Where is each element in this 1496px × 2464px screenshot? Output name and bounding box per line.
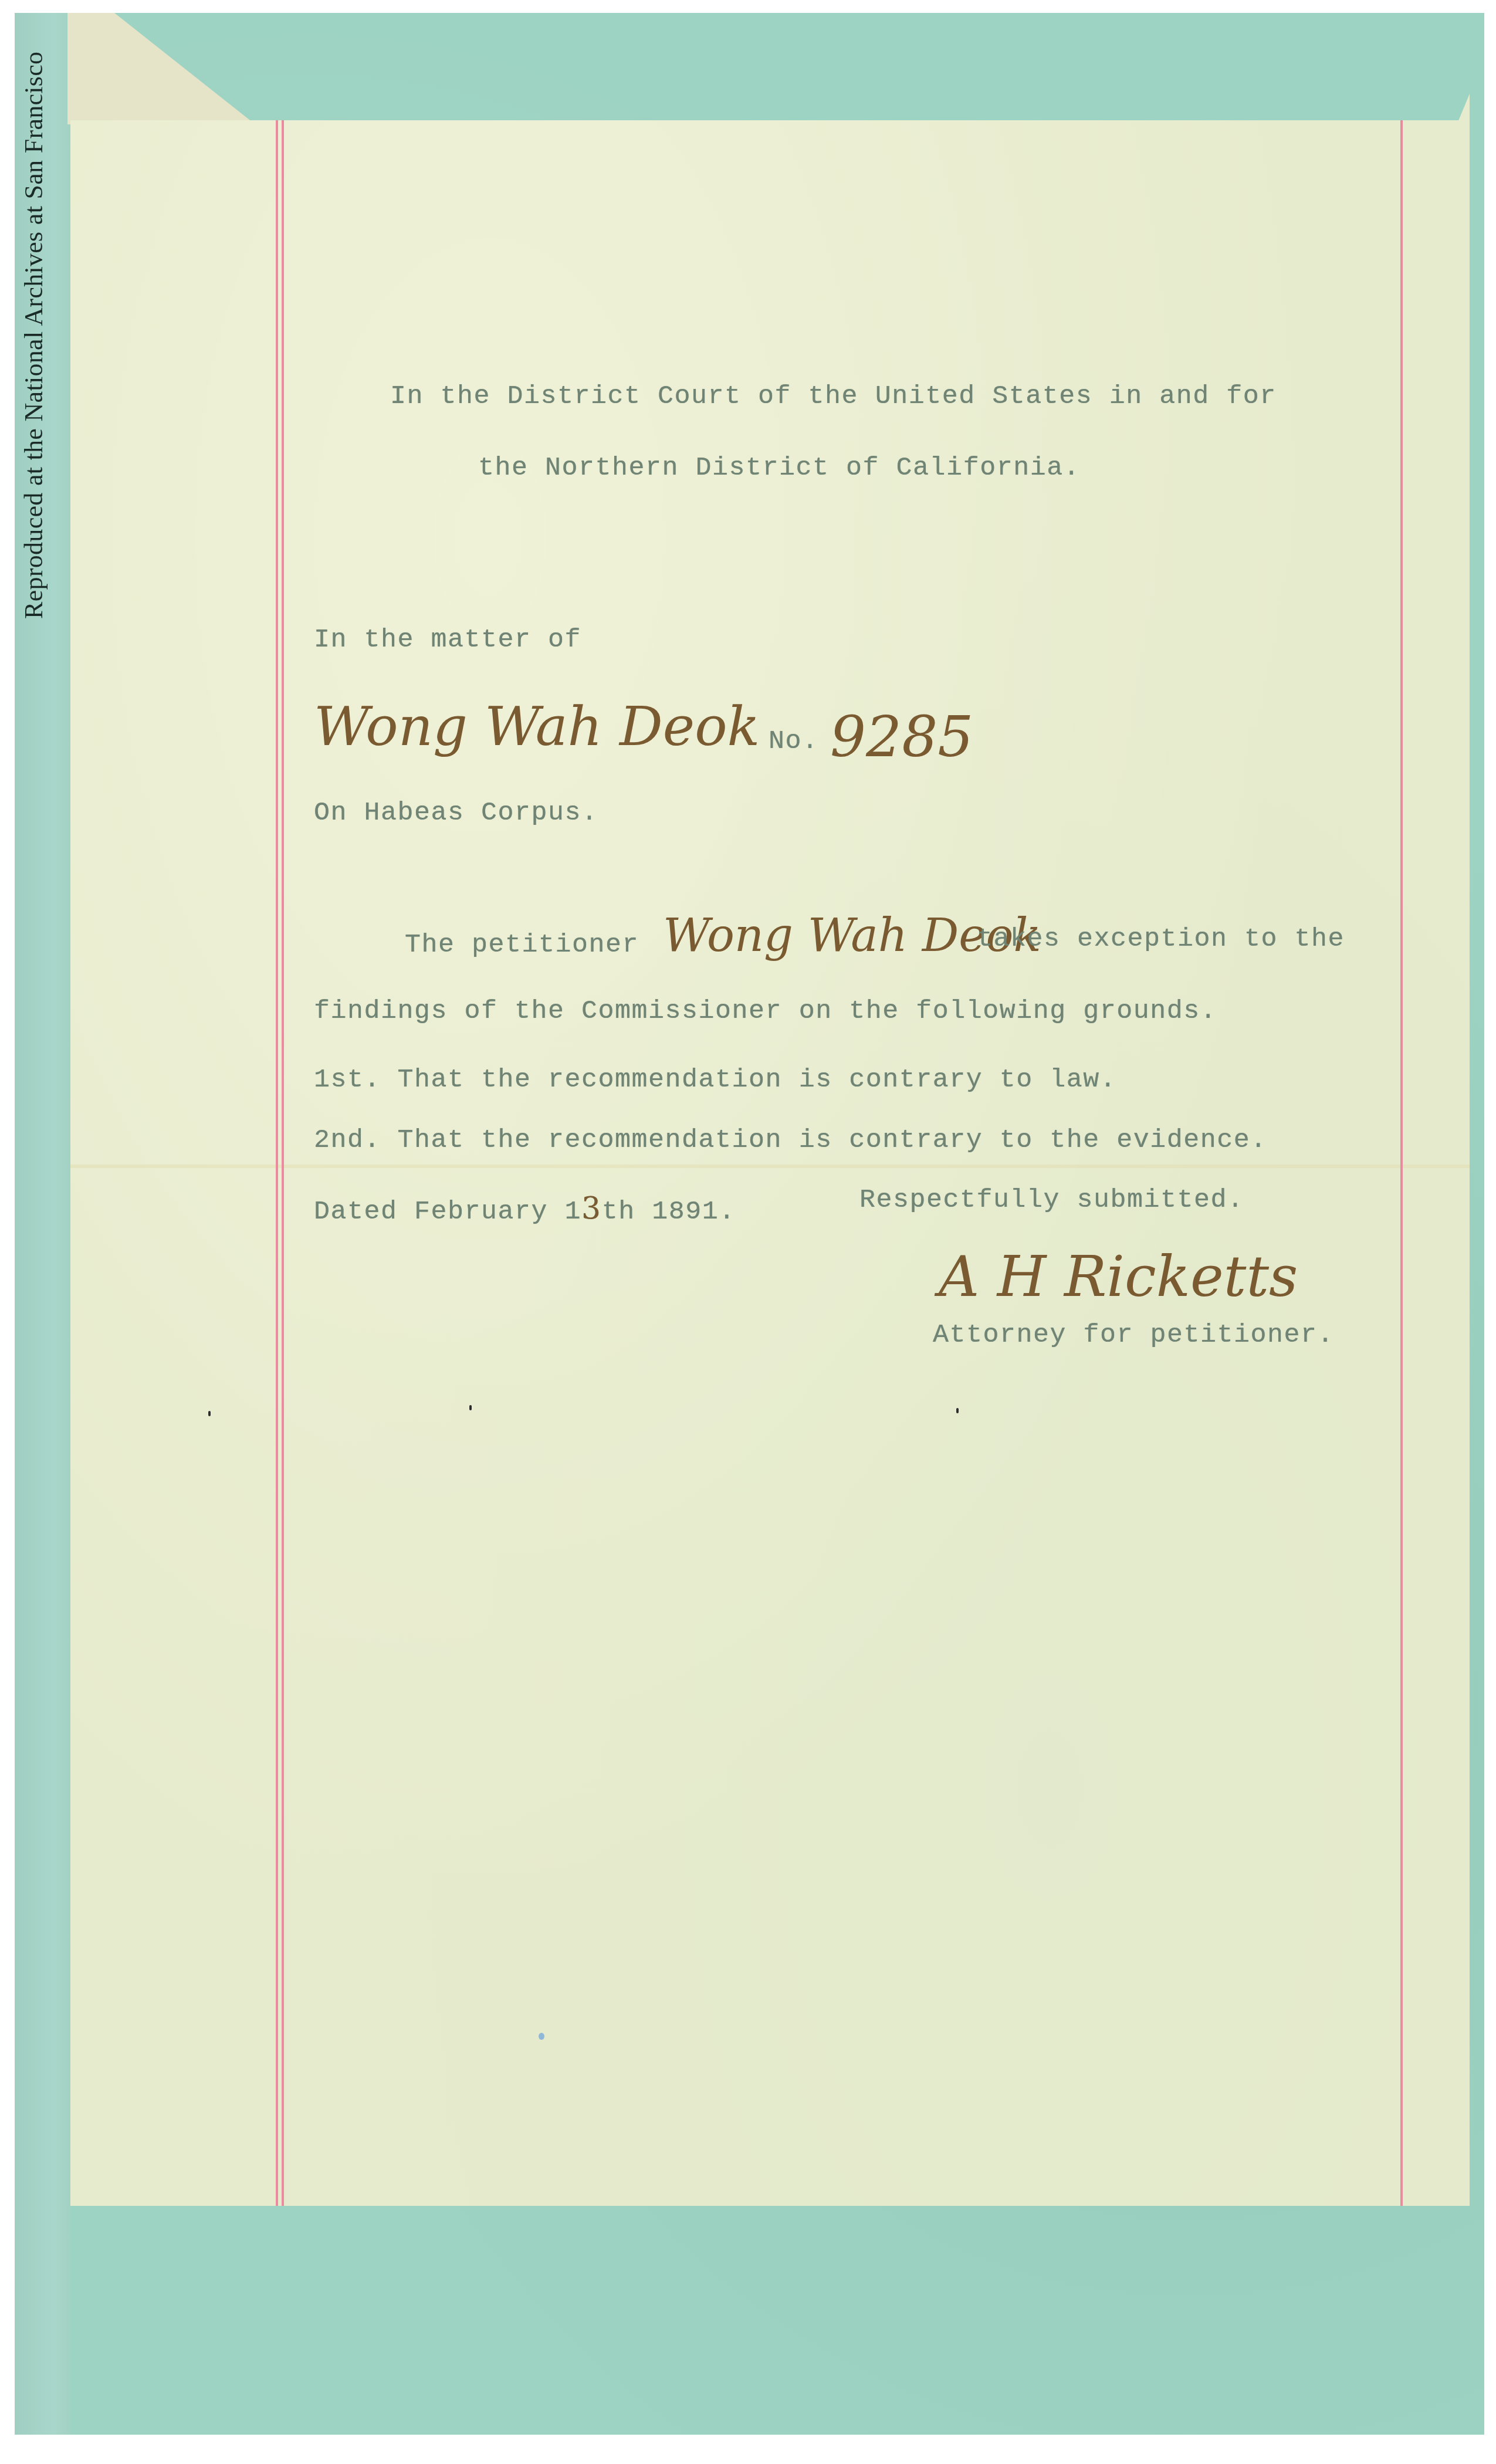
ground-1: 1st. That the recommendation is contrary… xyxy=(314,1065,1116,1095)
case-number-handwritten: 9285 xyxy=(830,704,973,770)
dated-suffix: th 1891. xyxy=(602,1197,736,1227)
right-margin-line xyxy=(1400,120,1403,2206)
body-line1-prefix: The petitioner xyxy=(405,930,639,960)
body-line2: findings of the Commissioner on the foll… xyxy=(314,996,1217,1026)
attorney-title: Attorney for petitioner. xyxy=(933,1320,1334,1350)
blue-speck xyxy=(539,2033,544,2040)
respectfully-submitted: Respectfully submitted. xyxy=(859,1185,1244,1215)
proceeding-type: On Habeas Corpus. xyxy=(314,798,598,828)
fold-crease xyxy=(70,1165,1470,1168)
dated-prefix: Dated February 1 xyxy=(314,1197,581,1227)
left-margin-line-outer xyxy=(276,120,278,2206)
court-heading-line1: In the District Court of the United Stat… xyxy=(390,381,1277,411)
dated-day-handwritten: 3 xyxy=(581,1191,602,1226)
in-the-matter-of: In the matter of xyxy=(314,625,581,655)
ink-speck xyxy=(956,1408,959,1413)
court-heading-line2: the Northern District of California. xyxy=(478,453,1080,483)
archive-stamp: Reproduced at the National Archives at S… xyxy=(19,52,49,619)
ground-2: 2nd. That the recommendation is contrary… xyxy=(314,1125,1267,1155)
case-number-label: No. xyxy=(769,726,819,756)
left-margin-line-inner xyxy=(282,120,284,2206)
petitioner-name-handwritten: Wong Wah Deok xyxy=(314,695,760,758)
document-page xyxy=(70,120,1470,2206)
dated-line: Dated February 13th 1891. xyxy=(314,1191,736,1227)
ink-speck xyxy=(208,1411,211,1416)
body-line1-suffix: takes exception to the xyxy=(977,924,1345,954)
ink-speck xyxy=(469,1405,472,1410)
attorney-signature: A H Ricketts xyxy=(939,1244,1298,1309)
